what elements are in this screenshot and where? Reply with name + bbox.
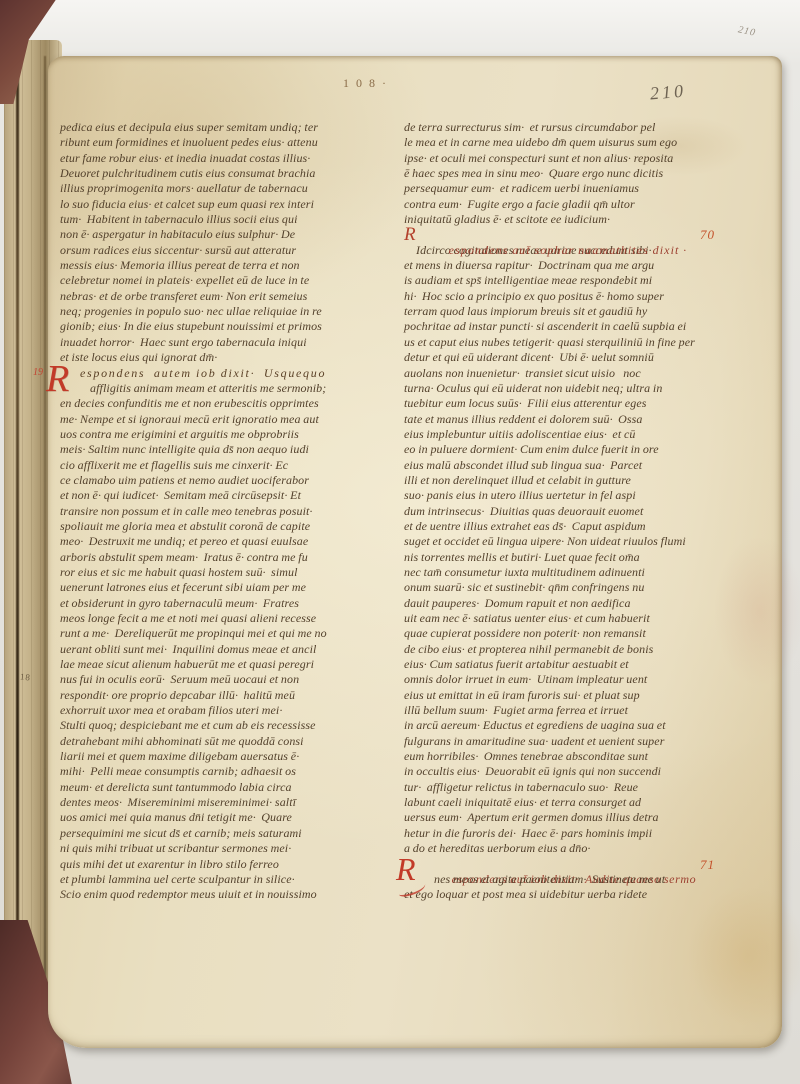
- manuscript-line: uenerunt latrones eius et fecerunt sibi …: [60, 580, 398, 595]
- job19-end-text-block: de terra surrecturus sim· et rursus circ…: [404, 120, 745, 227]
- manuscript-line: us et caput eius nubes tetigerit· quasi …: [404, 335, 745, 350]
- manuscript-line: et ego loquar et post mea si uidebitur u…: [404, 887, 745, 902]
- manuscript-line: fulgurans in amaritudine sua· uadent et …: [404, 734, 745, 749]
- chapter-20-block: Respondens aut̄ sophar naamathites dixit…: [404, 227, 745, 856]
- manuscript-line: suo· panis eius in utero illius uertetur…: [404, 488, 745, 503]
- manuscript-line: meos longe fecit a me et noti mei quasi …: [60, 611, 398, 626]
- manuscript-line: ipse· et oculi mei conspecturi sunt et n…: [404, 151, 745, 166]
- manuscript-line: etur fame robur eius· et inedia inuadat …: [60, 151, 398, 166]
- manuscript-line: ce clamabo uim patiens et nemo audiet uo…: [60, 473, 398, 488]
- manuscript-line: illi et non derelinquet illud et celabit…: [404, 473, 745, 488]
- manuscript-line: en decies confunditis me et non erubesci…: [60, 396, 398, 411]
- manuscript-line: a do et hereditas uerborum eius a dn̄o·: [404, 841, 745, 856]
- manuscript-line: nus fui in oculis eorū· Seruum meū uocau…: [60, 672, 398, 687]
- text-column-left: pedica eius et decipula eius super semit…: [60, 120, 398, 903]
- manuscript-line: iniquitatū gladius ē· et scitote ee iudi…: [404, 212, 745, 227]
- manuscript-line: eius implebuntur uitiis adoliscentiae ei…: [404, 427, 745, 442]
- chapter-number-marginal: 71: [700, 857, 715, 872]
- manuscript-line: suget et occidet eū lingua uipere· Non u…: [404, 534, 745, 549]
- manuscript-line: quis mihi det ut exarentur in libro stil…: [60, 857, 398, 872]
- manuscript-line: espondens autem iob dixit· Usquequo: [60, 366, 398, 381]
- manuscript-line: et non ē· qui iudicet· Semitam meā circū…: [60, 488, 398, 503]
- manuscript-line: Deuoret pulchritudinem cutis eius consum…: [60, 166, 398, 181]
- rubric-text: espondens aut̄ sophar naamathites dixit …: [449, 243, 688, 257]
- manuscript-line: contra eum· Fugite ergo a facie gladii q…: [404, 197, 745, 212]
- rubricated-initial: R: [46, 360, 69, 398]
- manuscript-line: meis· Saltim nunc intelligite quia ds̄ n…: [60, 442, 398, 457]
- page-number-corner: 210: [737, 24, 757, 39]
- manuscript-line: exhorruit uxor mea et orabam filios uter…: [60, 703, 398, 718]
- chapter-21-block: R espondens aut̄ iob dixit· Audite quaes…: [404, 857, 745, 903]
- manuscript-line: tuebitur eum locus suūs· Filii eius atte…: [404, 396, 745, 411]
- parchment-stain: [688, 886, 800, 1026]
- manuscript-line: cio afflixerit me et flagellis suis me c…: [60, 458, 398, 473]
- manuscript-line: le mea et in carne mea uidebo dm̄ quem u…: [404, 135, 745, 150]
- job19-text-block: espondens autem iob dixit· Usquequoaffli…: [60, 366, 398, 903]
- manuscript-line: hetur in die furoris dei· Haec ē· pars h…: [404, 826, 745, 841]
- manuscript-line: pochritae ad instar puncti· si ascenderi…: [404, 319, 745, 334]
- chapter-number-marginal: 19: [33, 367, 43, 378]
- manuscript-line: arboris abstulit spem meam· Iratus ē· co…: [60, 550, 398, 565]
- manuscript-line: et de uentre illius extrahet eas ds̄· Ca…: [404, 519, 745, 534]
- text-column-right: de terra surrecturus sim· et rursus circ…: [404, 120, 745, 903]
- manuscript-line: nebras· et de orbe transferet eum· Non e…: [60, 289, 398, 304]
- manuscript-line: eius· Cum satiatus fuerit artabitur aest…: [404, 657, 745, 672]
- manuscript-line: meo· Destruxit me undiq; et pereo et qua…: [60, 534, 398, 549]
- manuscript-line: mihi· Pelli meae consumptis carnib; adha…: [60, 764, 398, 779]
- manuscript-line: dauit pauperes· Domum rapuit et non aedi…: [404, 596, 745, 611]
- manuscript-line: de cibo eius· et propterea nihil permane…: [404, 642, 745, 657]
- manuscript-line: dentes meos· Misereminimi misereminimei·…: [60, 795, 398, 810]
- manuscript-line: persequamur eum· et radicem uerbi inueni…: [404, 181, 745, 196]
- gutter-crease: [44, 56, 46, 1046]
- manuscript-line: eum horribiles· Omnes tenebrae abscondit…: [404, 749, 745, 764]
- manuscript-line: eius malū abscondet illud sub lingua sua…: [404, 458, 745, 473]
- manuscript-line: ni quis mihi tribuat ut scribantur sermo…: [60, 841, 398, 856]
- job20-text-block: Idcirco cogitationes meae uariae succedu…: [404, 243, 745, 857]
- manuscript-line: tate et manus illius reddent ei dolorem …: [404, 412, 745, 427]
- manuscript-line: hi· Hoc scio a principio ex quo positus …: [404, 289, 745, 304]
- manuscript-line: neq; progenies in populo suo· nec ullae …: [60, 304, 398, 319]
- folio-number: 108·: [308, 76, 428, 91]
- chapter-20-rubric: Respondens aut̄ sophar naamathites dixit…: [404, 227, 745, 242]
- rubricated-initial: R: [396, 853, 416, 885]
- manuscript-line: Stulti quoq; despiciebant me et cum ab e…: [60, 718, 398, 733]
- manuscript-line: me· Nempe et si ignoraui mecū erit ignor…: [60, 412, 398, 427]
- manuscript-line: affligitis animam meam et atteritis me s…: [60, 381, 398, 396]
- manuscript-line: et plumbi lammina uel certe sculpantur i…: [60, 872, 398, 887]
- manuscript-line: labunt caeli iniquitatē eius· et terra c…: [404, 795, 745, 810]
- manuscript-line: pedica eius et decipula eius super semit…: [60, 120, 398, 135]
- manuscript-line: ror eius et sic me habuit quasi hostem s…: [60, 565, 398, 580]
- manuscript-line: inuadet horror· Haec sunt ergo tabernacu…: [60, 335, 398, 350]
- manuscript-line: nec tam̄ consumetur iuxta multitudinem a…: [404, 565, 745, 580]
- manuscript-line: ribunt eum formidines et inuoluent pedes…: [60, 135, 398, 150]
- manuscript-line: et mens in diuersa rapitur· Doctrinam qu…: [404, 258, 745, 273]
- manuscript-line: spoliauit me gloria mea et abstulit coro…: [60, 519, 398, 534]
- manuscript-line: lo suo fiducia eius· et calcet sup eum q…: [60, 197, 398, 212]
- manuscript-line: uos amici mei quia manus dn̄i tetigit me…: [60, 810, 398, 825]
- manuscript-line: onum suarū· sic et sustinebit· qn̄m conf…: [404, 580, 745, 595]
- manuscript-line: quae cupierat possidere non poterit· non…: [404, 626, 745, 641]
- manuscript-line: nis torrentes mellis et butiri· Luet qua…: [404, 550, 745, 565]
- manuscript-line: dum intrinsecus· Diuitias quas deuorauit…: [404, 504, 745, 519]
- manuscript-line: eius ut emittat in eū iram furoris sui· …: [404, 688, 745, 703]
- manuscript-line: et obsiderunt in gyro tabernaculū meum· …: [60, 596, 398, 611]
- manuscript-line: Scio enim quod redemptor meus uiuit et i…: [60, 887, 398, 902]
- manuscript-line: illius proprimogenita mors· auellatur de…: [60, 181, 398, 196]
- manuscript-photo: 18 108· 210 210 pedica eius et decipula …: [0, 0, 800, 1084]
- manuscript-line: orsum radices eius siccentur· sursū aut …: [60, 243, 398, 258]
- manuscript-line: gionib; eius· In die eius stupebunt noui…: [60, 319, 398, 334]
- manuscript-line: eo in puluere dormient· Cum enim dulce f…: [404, 442, 745, 457]
- chapter-19-block: 19 R espondens autem iob dixit· Usquequo…: [60, 366, 398, 903]
- manuscript-line: uersus eum· Apertum erit germen domus il…: [404, 810, 745, 825]
- manuscript-line: persequimini me sicut ds̄ et carnib; mei…: [60, 826, 398, 841]
- manuscript-line: tum· Habitent in tabernaculo illius soci…: [60, 212, 398, 227]
- manuscript-line: celebretur nomei in plateis· expellet eū…: [60, 273, 398, 288]
- manuscript-line: detur et qui eū uiderant dicent· Ubi ē· …: [404, 350, 745, 365]
- manuscript-line: et iste locus eius qui ignorat dm̄·: [60, 350, 398, 365]
- manuscript-line: transire non possum et in calle meo tene…: [60, 504, 398, 519]
- manuscript-line: non ē· aspergatur in habitaculo eius sul…: [60, 227, 398, 242]
- manuscript-line: uos contra me erigimini et arguitis me o…: [60, 427, 398, 442]
- manuscript-line: tur· affligetur relictus in tabernaculo …: [404, 780, 745, 795]
- chapter-21-rubric: espondens aut̄ iob dixit· Audite quaeso …: [404, 857, 745, 872]
- manuscript-line: messis eius· Memoria illius pereat de te…: [60, 258, 398, 273]
- manuscript-line: uerant obliti sunt mei· Inquilini domus …: [60, 642, 398, 657]
- job18-text-block: pedica eius et decipula eius super semit…: [60, 120, 398, 366]
- manuscript-line: in arcū aereum· Eductus et egrediens de …: [404, 718, 745, 733]
- manuscript-line: lae meae sicut alienum habuerūt me et qu…: [60, 657, 398, 672]
- manuscript-line: auolans non inuenietur· transiet sicut u…: [404, 366, 745, 381]
- manuscript-line: detrahebant mihi abhominati sūt me quodd…: [60, 734, 398, 749]
- manuscript-line: is audiam et sps̄ intelligentiae meae re…: [404, 273, 745, 288]
- gutter-folio-annotation: 18: [20, 671, 32, 682]
- manuscript-line: liarii mei et quem maxime diligebam auer…: [60, 749, 398, 764]
- rubricated-initial: R: [404, 225, 417, 244]
- manuscript-line: omnis dolor irruet in eum· Utinam implea…: [404, 672, 745, 687]
- manuscript-line: respondit· ore proprio depcabar illū· ha…: [60, 688, 398, 703]
- chapter-number-marginal: 70: [700, 227, 715, 242]
- manuscript-line: runt a me· Dereliquerūt me propinqui mei…: [60, 626, 398, 641]
- manuscript-line: terram quod laus impiorum breuis sit et …: [404, 304, 745, 319]
- manuscript-line: illū bellum suum· Fugiet arma ferrea et …: [404, 703, 745, 718]
- gutter-crease: [16, 40, 19, 1046]
- manuscript-line: de terra surrecturus sim· et rursus circ…: [404, 120, 745, 135]
- page-number-handwritten: 210: [649, 80, 687, 104]
- manuscript-line: ē haec spes mea in sinu meo· Quare ergo …: [404, 166, 745, 181]
- manuscript-line: meum· et derelicta sunt tantummodo labia…: [60, 780, 398, 795]
- manuscript-line: turna· Oculus qui eū uiderat non uidebit…: [404, 381, 745, 396]
- manuscript-line: uit eam nec ē· satiatus uenter eius· et …: [404, 611, 745, 626]
- manuscript-line: in occultis eius· Deuorabit eū ignis qui…: [404, 764, 745, 779]
